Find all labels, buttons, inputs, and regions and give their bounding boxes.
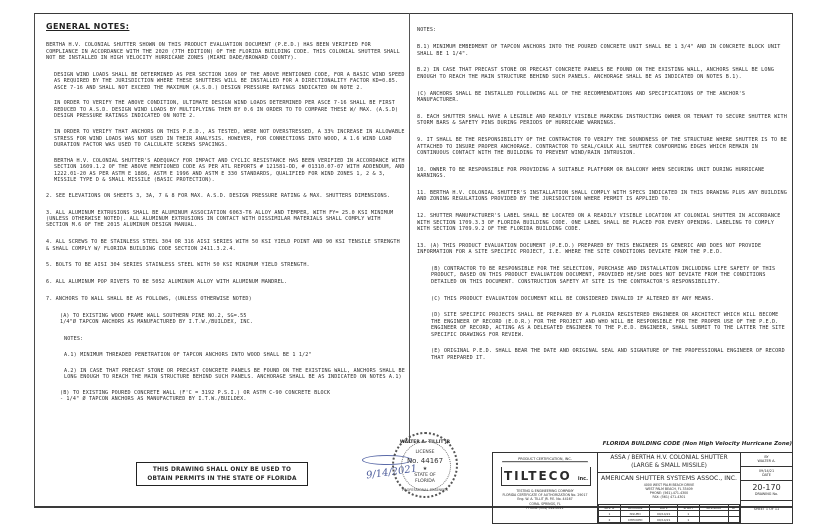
florida-building-code-label: FLORIDA BUILDING CODE (Non High Velocity… <box>584 441 792 447</box>
note-1-para-4: IN ORDER TO VERIFY THAT ANCHORS ON THIS … <box>46 129 406 148</box>
sheet-number: SHEET 1 OF 11 <box>741 507 792 511</box>
note-7-a1: A.1) MINIMUM THREADED PENETRATION OF TAP… <box>46 352 406 358</box>
note-c: (C) ANCHORS SHALL BE INSTALLED FOLLOWING… <box>417 91 787 104</box>
seal-bottom-text: PROFESSIONAL ENGINEER <box>394 488 456 492</box>
drawing-number: 20-170 <box>741 483 792 492</box>
revision-cell: 2 <box>599 517 621 523</box>
project-line-1: ASSA / BERTHA H.V. COLONIAL SHUTTER <box>598 455 740 463</box>
notes-label: NOTES: <box>417 27 787 33</box>
general-notes-heading: GENERAL NOTES: <box>46 24 406 30</box>
project-line-2: (LARGE & SMALL MISSILE) <box>598 463 740 471</box>
sheet-cell: SHEET 1 OF 11 <box>741 501 792 521</box>
note-10: 10. OWNER TO BE RESPONSIBLE FOR PROVIDIN… <box>417 167 787 180</box>
note-8: 8. EACH SHUTTER SHALL HAVE A LEGIBLE AND… <box>417 114 787 127</box>
logo-brand: TILTECO <box>504 469 572 483</box>
revision-cell: 1 <box>678 517 700 523</box>
tilteco-logo: TILTECO inc. <box>501 467 591 486</box>
seal-name: WALTER A. TILLIT JR <box>394 440 456 445</box>
note-13b: (B) CONTRACTOR TO BE RESPONSIBLE FOR THE… <box>417 266 787 285</box>
date-label: DATE <box>741 473 792 477</box>
column-divider <box>409 13 410 443</box>
drawing-meta-panel: BY WALTER A. 09/14/21 DATE 20-170 DRAWIN… <box>741 453 792 523</box>
note-b1: B.1) MINIMUM EMBEDMENT OF TAPCON ANCHORS… <box>417 44 787 57</box>
note-5: 5. BOLTS TO BE AISI 304 SERIES STAINLESS… <box>46 262 406 268</box>
revision-cell <box>728 517 739 523</box>
note-2: 2. SEE ELEVATIONS ON SHEETS 3, 3A, 7 & 8… <box>46 193 406 199</box>
note-7-notes-label: NOTES: <box>46 336 406 342</box>
drawn-by-cell: BY WALTER A. <box>741 453 792 467</box>
seal-license-label: LICENSE <box>394 450 456 455</box>
seal-state-line-1: STATE OF <box>394 473 456 478</box>
date-cell: 09/14/21 DATE <box>741 467 792 481</box>
note-13e: (E) ORIGINAL P.E.D. SHALL BEAR THE DATE … <box>417 348 787 361</box>
company-address: 4000 WEST PALM BEACH DRIVE WEST PALM BEA… <box>598 483 740 499</box>
drawing-number-label: DRAWING No. <box>741 492 792 496</box>
note-3: 3. ALL ALUMINUM EXTRUSIONS SHALL BE ALUM… <box>46 210 406 229</box>
note-4: 4. ALL SCREWS TO BE STAINLESS STEEL 304 … <box>46 239 406 252</box>
general-notes-left-column: GENERAL NOTES: BERTHA H.V. COLONIAL SHUT… <box>46 18 406 413</box>
florida-permit-warning-box: THIS DRAWING SHALL ONLY BE USED TO OBTAI… <box>136 462 308 486</box>
title-block: PRODUCT CERTIFICATION, INC. TILTECO inc.… <box>492 452 793 524</box>
note-1-para-1: BERTHA H.V. COLONIAL SHUTTER SHOWN ON TH… <box>46 42 406 61</box>
revision-cell: CHECKED <box>620 517 649 523</box>
note-7: 7. ANCHORS TO WALL SHALL BE AS FOLLOWS, … <box>46 296 406 302</box>
revision-cell <box>699 517 728 523</box>
note-9: 9. IT SHALL BE THE RESPONSIBILITY OF THE… <box>417 137 787 156</box>
tilteco-logo-panel: PRODUCT CERTIFICATION, INC. TILTECO inc.… <box>493 453 598 523</box>
project-info-panel: ASSA / BERTHA H.V. COLONIAL SHUTTER (LAR… <box>598 453 741 523</box>
project-title: ASSA / BERTHA H.V. COLONIAL SHUTTER (LAR… <box>598 453 740 473</box>
logo-address: TESTING & ENGINEERING COMPANY FLORIDA CE… <box>495 489 595 510</box>
note-13c: (C) THIS PRODUCT EVALUATION DOCUMENT WIL… <box>417 296 787 302</box>
note-7b: (B) TO EXISTING POURED CONCRETE WALL (f'… <box>46 390 406 403</box>
note-13a: 13. (A) THIS PRODUCT EVALUATION DOCUMENT… <box>417 243 787 256</box>
note-7-a2: A.2) IN CASE THAT PRECAST STONE OR PRECA… <box>46 368 406 381</box>
note-12: 12. SHUTTER MANUFACTURER'S LABEL SHALL B… <box>417 213 787 232</box>
professional-engineer-seal: WALTER A. TILLIT JR LICENSE No. 44167 ★ … <box>392 432 458 498</box>
drawing-number-cell: 20-170 DRAWING No. <box>741 481 792 501</box>
company-name: AMERICAN SHUTTER SYSTEMS ASSOC., INC. <box>598 473 740 482</box>
revision-table: REV. #REVISIONDATESHEETREVISIONBY 1ISSUE… <box>598 504 740 523</box>
revision-cell: 09/14/21 <box>650 517 678 523</box>
seal-state-line-2: FLORIDA <box>394 479 456 484</box>
note-6: 6. ALL ALUMINUM POP RIVETS TO BE 5052 AL… <box>46 279 406 285</box>
note-13d: (D) SITE SPECIFIC PROJECTS SHALL BE PREP… <box>417 312 787 338</box>
seal-license-no: No. 44167 <box>394 457 456 465</box>
note-7a: (A) TO EXISTING WOOD FRAME WALL SOUTHERN… <box>46 313 406 326</box>
logo-suffix: inc. <box>578 476 588 482</box>
warning-line-1: THIS DRAWING SHALL ONLY BE USED TO <box>137 466 307 475</box>
note-1-para-3: IN ORDER TO VERIFY THE ABOVE CONDITION, … <box>46 100 406 119</box>
warning-line-2: OBTAIN PERMITS IN THE STATE OF FLORIDA <box>137 475 307 484</box>
note-11: 11. BERTHA H.V. COLONIAL SHUTTER'S INSTA… <box>417 190 787 203</box>
general-notes-right-column: NOTES: B.1) MINIMUM EMBEDMENT OF TAPCON … <box>417 21 787 372</box>
note-1-para-5: BERTHA H.V. COLONIAL SHUTTER'S ADEQUACY … <box>46 158 406 184</box>
note-1-para-2: DESIGN WIND LOADS SHALL BE DETERMINED AS… <box>46 72 406 91</box>
seal-star-icon: ★ <box>394 466 456 472</box>
note-b2: B.2) IN CASE THAT PRECAST STONE OR PRECA… <box>417 67 787 80</box>
revision-row: 2CHECKED09/14/211 <box>599 517 740 523</box>
drawn-by-value: WALTER A. <box>741 459 792 463</box>
